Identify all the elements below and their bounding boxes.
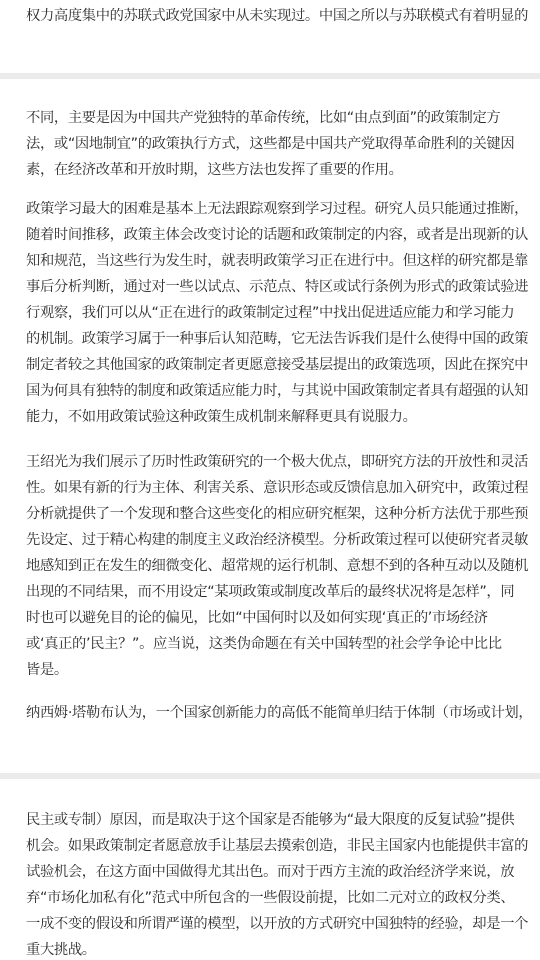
text-line: 政策学习最大的困难是基本上无法跟踪观察到学习过程。研究人员只能通过推断， [26,200,526,218]
text-line: 的机制。政策学习属于一种事后认知范畴，它无法告诉我们是什么使得中国的政策 [26,330,526,348]
text-line: 或‘真正的’民主？”。应当说，这类伪命题在有关中国转型的社会学争论中比比 [26,635,526,653]
text-line: 分析就提供了一个发现和整合这些变化的相应研究框架，这种分析方法优于那些预 [26,505,526,523]
page-3-top: 民主或专制）原因，而是取决于这个国家是否能够为“最大限度的反复试验”提供 机会。… [0,779,540,960]
text-line: 能力，不如用政策试验这种政策生成机制来解释更具有说服力。 [26,408,526,426]
text-line: 机会。如果政策制定者愿意放手让基层去摸索创造，非民主国家内也能提供丰富的 [26,837,526,855]
text-line: 纳西姆·塔勒布认为，一个国家创新能力的高低不能简单归结于体制（市场或计划， [26,704,526,722]
text-line: 地感知到正在发生的细微变化、超常规的运行机制、意想不到的各种互动以及随机 [26,557,526,575]
text-line: 先设定、过于精心构建的制度主义政治经济模型。分析政策过程可以使研究者灵敏 [26,531,526,549]
text-line: 随着时间推移，政策主体会改变讨论的话题和政策制定的内容，或者是出现新的认 [26,226,526,244]
text-line: 王绍光为我们展示了历时性政策研究的一个极大优点，即研究方法的开放性和灵活 [26,453,526,471]
text-line: 试验机会，在这方面中国做得尤其出色。而对于西方主流的政治经济学来说，放 [26,863,526,881]
text-line: 知和规范，当这些行为发生时，就表明政策学习正在进行中。但这样的研究都是靠 [26,252,526,270]
text-line: 一成不变的假设和所谓严谨的模型，以开放的方式研究中国独特的经验，却是一个 [26,915,526,933]
text-line: 皆是。 [26,661,526,679]
text-line: 弃“市场化加私有化”范式中所包含的一些假设前提，比如二元对立的政权分类、 [26,889,526,907]
text-line: 时也可以避免目的论的偏见，比如“中国何时以及如何实现‘真正的’市场经济 [26,609,526,627]
page-1-bottom: 权力高度集中的苏联式政党国家中从未实现过。中国之所以与苏联模式有着明显的 [0,0,540,73]
text-line: 素，在经济改革和开放时期，这些方法也发挥了重要的作用。 [26,161,526,179]
text-line: 国为何具有独特的制度和政策适应能力时，与其说中国政策制定者具有超强的认知 [26,382,526,400]
text-line: 事后分析判断，通过对一些以试点、示范点、特区或试行条例为形式的政策试验进 [26,278,526,296]
text-line: 法，或“因地制宜”的政策执行方式，这些都是中国共产党取得革命胜利的关键因 [26,135,526,153]
text-line: 性。如果有新的行为主体、利害关系、意识形态或反馈信息加入研究中，政策过程 [26,479,526,497]
text-line: 民主或专制）原因，而是取决于这个国家是否能够为“最大限度的反复试验”提供 [26,811,526,829]
text-line: 出现的不同结果，而不用设定“某项政策或制度改革后的最终状况将是怎样”，同 [26,583,526,601]
text-line: 制定者较之其他国家的政策制定者更愿意接受基层提出的政策选项，因此在探究中 [26,356,526,374]
text-line: 权力高度集中的苏联式政党国家中从未实现过。中国之所以与苏联模式有着明显的 [26,7,526,25]
text-line: 重大挑战。 [26,941,526,959]
page-2: 不同，主要是因为中国共产党独特的革命传统，比如“由点到面”的政策制定方 法，或“… [0,79,540,773]
text-line: 行观察，我们可以从“正在进行的政策制定过程”中找出促进适应能力和学习能力 [26,304,526,322]
text-line: 不同，主要是因为中国共产党独特的革命传统，比如“由点到面”的政策制定方 [26,109,526,127]
